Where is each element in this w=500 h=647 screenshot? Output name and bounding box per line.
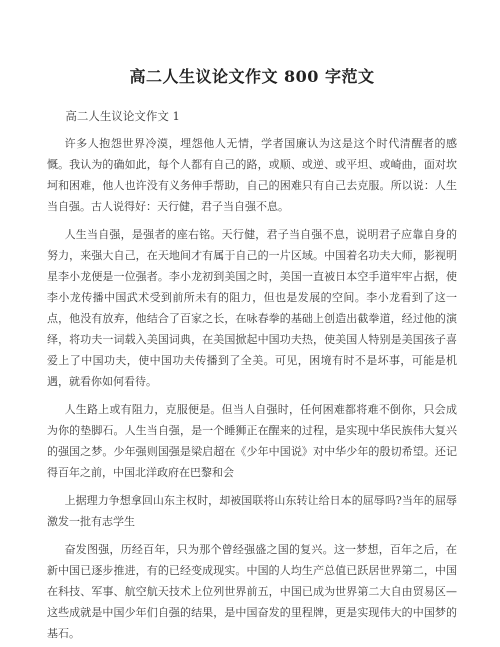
paragraph: 人生当自强，是强者的座右铭。天行健，君子当自强不息，说明君子应靠自身的努力，来强… bbox=[47, 224, 457, 392]
document-title: 高二人生议论文作文 800 字范文 bbox=[47, 66, 457, 88]
paragraph: 人生路上或有阻力，克服便是。但当人自强时，任何困难都将难不倒你，只会成为你的垫脚… bbox=[47, 399, 457, 483]
paragraph: 许多人抱怨世界冷漠，埋怨他人无情，学者国廉认为这是这个时代清醒者的感慨。我认为的… bbox=[47, 133, 457, 217]
paragraph: 上据理力争想拿回山东主权时，却被国联将山东转让给日本的屈辱吗?当年的屈辱激发一批… bbox=[47, 490, 457, 532]
paragraph: 奋发图强，历经百年，只为那个曾经强盛之国的复兴。这一梦想，百年之后，在新中国已逐… bbox=[47, 539, 457, 644]
document-page: 高二人生议论文作文 800 字范文 高二人生议论文作文 1 许多人抱怨世界冷漠，… bbox=[0, 0, 500, 647]
section-heading: 高二人生议论文作文 1 bbox=[47, 106, 457, 127]
